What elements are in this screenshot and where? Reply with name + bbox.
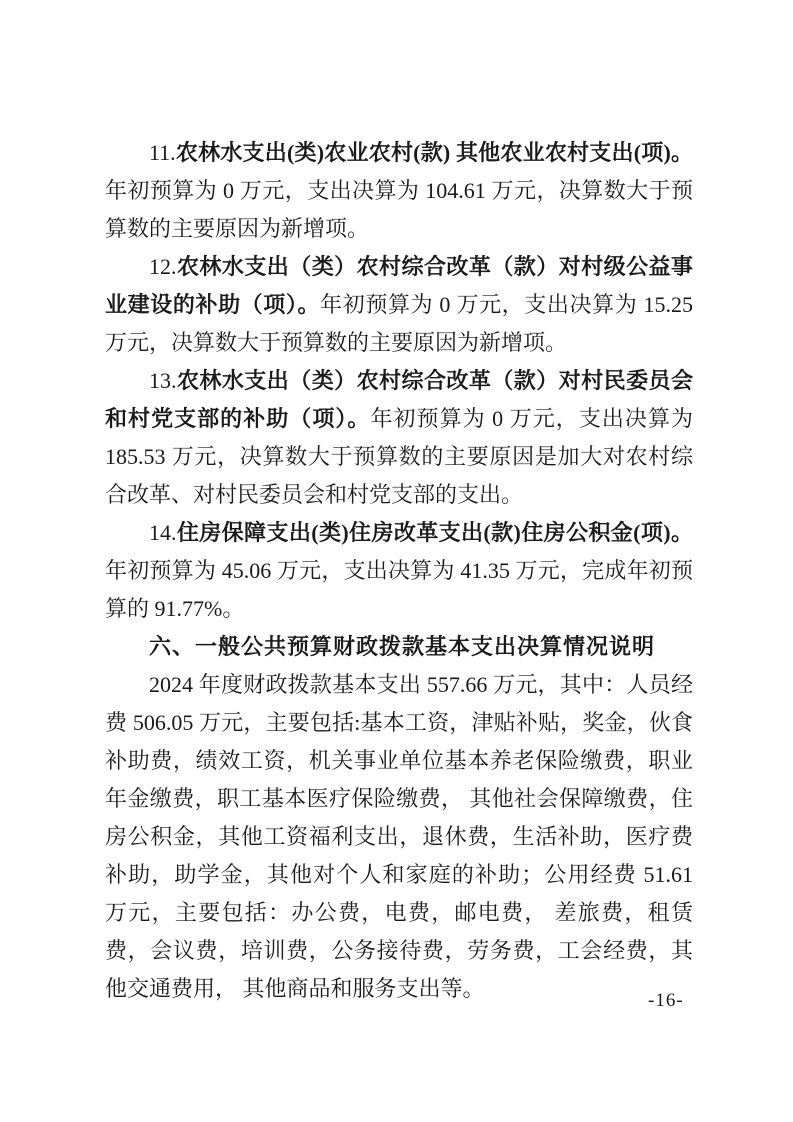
- item-14: 14.住房保障支出(类)住房改革支出(款)住房公积金(项)。年初预算为 45.0…: [105, 514, 693, 628]
- document-body: 11.农林水支出(类)农业农村(款) 其他农业农村支出(项)。年初预算为 0 万…: [105, 134, 693, 1008]
- text-run: 14.: [149, 520, 177, 545]
- page-number: -16-: [648, 990, 684, 1012]
- section-heading-6: 六、一般公共预算财政拨款基本支出决算情况说明: [105, 628, 693, 666]
- text-run: 11.: [149, 140, 176, 165]
- text-run: 年初预算为 45.06 万元，支出决算为 41.35 万元，完成年初预算的 91…: [105, 558, 693, 621]
- bold-text-run: 农林水支出(类)农业农村(款) 其他农业农村支出(项)。: [176, 140, 693, 165]
- bold-text-run: 六、一般公共预算财政拨款基本支出决算情况说明: [149, 634, 655, 659]
- item-11: 11.农林水支出(类)农业农村(款) 其他农业农村支出(项)。年初预算为 0 万…: [105, 134, 693, 248]
- text-run: 13.: [149, 368, 177, 393]
- section-6-body: 2024 年度财政拨款基本支出 557.66 万元，其中：人员经费 506.05…: [105, 666, 693, 1008]
- text-run: 12.: [149, 254, 177, 279]
- item-13: 13.农林水支出（类）农村综合改革（款）对村民委员会和村党支部的补助（项）。年初…: [105, 362, 693, 514]
- bold-text-run: 住房保障支出(类)住房改革支出(款)住房公积金(项)。: [177, 520, 694, 545]
- text-run: 年初预算为 0 万元，支出决算为 104.61 万元，决算数大于预算数的主要原因…: [105, 178, 693, 241]
- text-run: 2024 年度财政拨款基本支出 557.66 万元，其中：人员经费 506.05…: [105, 672, 693, 1001]
- item-12: 12.农林水支出（类）农村综合改革（款）对村级公益事业建设的补助（项）。年初预算…: [105, 248, 693, 362]
